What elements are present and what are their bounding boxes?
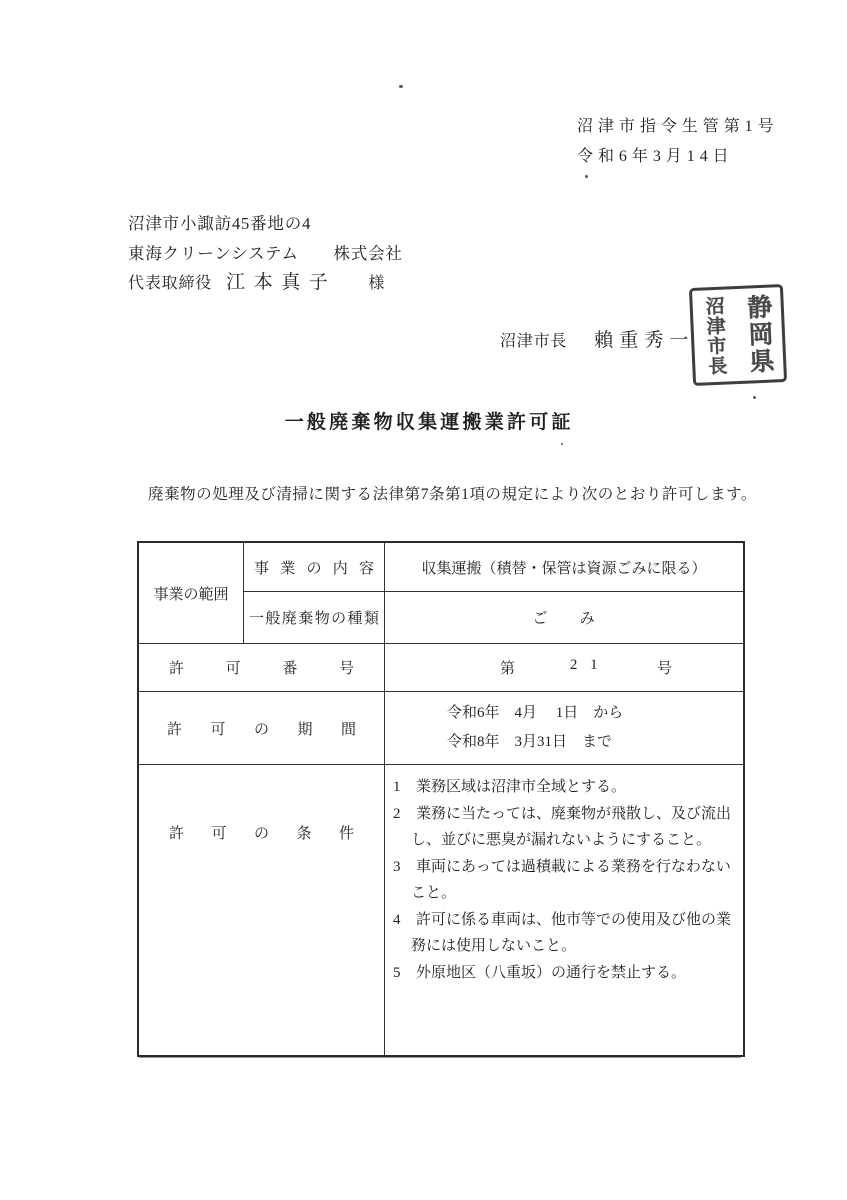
seal-text-right-column: 静岡県 <box>744 293 773 375</box>
period-to: 令和8年 3月31日 まで <box>447 728 612 757</box>
condition-item-4: 4許可に係る車両は、他市等での使用及び他の業 務には使用しないこと。 <box>393 907 739 960</box>
issuer-line: 沼津市長 賴重秀一 <box>500 325 695 352</box>
condition-text: 業務区域は沼津市全域とする。 <box>416 779 626 795</box>
scan-artifact-dot <box>585 175 588 178</box>
conditions-label: 許可の条件 <box>169 822 354 843</box>
recipient-representative-line: 代表取締役 江本真子 様 <box>128 268 403 299</box>
condition-text: 外原地区（八重坂）の通行を禁止する。 <box>416 965 686 981</box>
condition-number: 1 <box>393 774 416 801</box>
official-seal-stamp: 静岡県 沼津市長 <box>689 284 787 386</box>
permit-number-suffix: 号 <box>657 657 672 678</box>
issuer-title: 沼津市長 <box>500 328 567 351</box>
condition-number: 4 <box>393 907 416 934</box>
document-header-block: 沼津市指令生管第1号 令和6年3月14日 <box>577 112 779 172</box>
waste-type-value: ご み <box>532 607 595 628</box>
conditions-label-cell: 許可の条件 <box>139 765 385 1055</box>
condition-item-1: 1業務区域は沼津市全域とする。 <box>393 774 739 801</box>
document-title: 一般廃棄物収集運搬業許可証 <box>0 407 847 434</box>
permit-number-prefix: 第 <box>500 657 515 678</box>
permit-number-value-cell: 第 2 1 号 <box>385 644 743 692</box>
issuer-name: 賴重秀一 <box>594 325 694 352</box>
condition-text-continued: し、並びに悪臭が漏れないようにすること。 <box>393 827 739 854</box>
business-content-label-cell: 事業の内容 <box>244 543 385 592</box>
period-value-cell: 令和6年 4月 1日 から 令和8年 3月31日 まで <box>385 692 743 765</box>
intro-sentence: 廃棄物の処理及び清掃に関する法律第7条第1項の規定により次のとおり許可します。 <box>148 482 757 504</box>
representative-role: 代表取締役 <box>128 269 212 299</box>
scan-artifact-dot <box>399 85 403 88</box>
scan-artifact-line <box>139 1057 741 1058</box>
representative-name: 江本真子 <box>226 268 336 298</box>
recipient-company: 東海クリーンシステム 株式会社 <box>128 239 403 269</box>
condition-text-continued: こと。 <box>393 880 739 907</box>
condition-number: 2 <box>393 801 416 828</box>
business-content-label: 事業の内容 <box>254 557 374 578</box>
issue-date: 令和6年3月14日 <box>577 142 779 172</box>
scope-label-cell: 事業の範囲 <box>139 543 244 644</box>
condition-item-5: 5外原地区（八重坂）の通行を禁止する。 <box>393 960 739 987</box>
condition-text: 車両にあっては過積載による業務を行なわない <box>416 859 731 875</box>
period-label-cell: 許可の期間 <box>139 692 385 765</box>
waste-type-label: 一般廃棄物の種類 <box>249 607 379 628</box>
scan-artifact-dot <box>753 396 756 399</box>
permit-number: 第 2 1 号 <box>500 657 672 678</box>
period-label: 許可の期間 <box>167 718 356 739</box>
condition-text-continued: 務には使用しないこと。 <box>393 933 739 960</box>
waste-type-label-cell: 一般廃棄物の種類 <box>244 592 385 644</box>
condition-number: 5 <box>393 960 416 987</box>
recipient-address: 沼津市小諏訪45番地の4 <box>128 209 403 239</box>
permit-number-label-cell: 許可番号 <box>139 644 385 692</box>
scan-artifact-dot <box>561 443 563 445</box>
conditions-value-cell: 1業務区域は沼津市全域とする。 2業務に当たっては、廃棄物が飛散し、及び流出 し… <box>385 765 743 1055</box>
permit-document-page: 沼津市指令生管第1号 令和6年3月14日 沼津市小諏訪45番地の4 東海クリーン… <box>0 0 847 1200</box>
waste-type-value-cell: ご み <box>385 592 743 644</box>
honorific: 様 <box>368 269 385 299</box>
permit-number-label: 許可番号 <box>169 657 354 678</box>
condition-text: 許可に係る車両は、他市等での使用及び他の業 <box>416 912 731 928</box>
condition-item-3: 3車両にあっては過積載による業務を行なわない こと。 <box>393 854 739 907</box>
business-content-value-cell: 収集運搬（積替・保管は資源ごみに限る） <box>385 543 743 592</box>
scope-label: 事業の範囲 <box>153 583 228 604</box>
seal-text-left-column: 沼津市長 <box>703 296 725 377</box>
period-from: 令和6年 4月 1日 から <box>447 699 623 728</box>
condition-text: 業務に当たっては、廃棄物が飛散し、及び流出 <box>416 806 731 822</box>
condition-number: 3 <box>393 854 416 881</box>
permit-number-value: 2 1 <box>570 657 602 678</box>
recipient-block: 沼津市小諏訪45番地の4 東海クリーンシステム 株式会社 代表取締役 江本真子 … <box>128 209 403 299</box>
reference-number: 沼津市指令生管第1号 <box>577 112 779 142</box>
permit-table: 事業の範囲 事業の内容 収集運搬（積替・保管は資源ごみに限る） 一般廃棄物の種類… <box>137 541 745 1057</box>
condition-item-2: 2業務に当たっては、廃棄物が飛散し、及び流出 し、並びに悪臭が漏れないようにする… <box>393 801 739 854</box>
business-content-value: 収集運搬（積替・保管は資源ごみに限る） <box>421 557 706 578</box>
